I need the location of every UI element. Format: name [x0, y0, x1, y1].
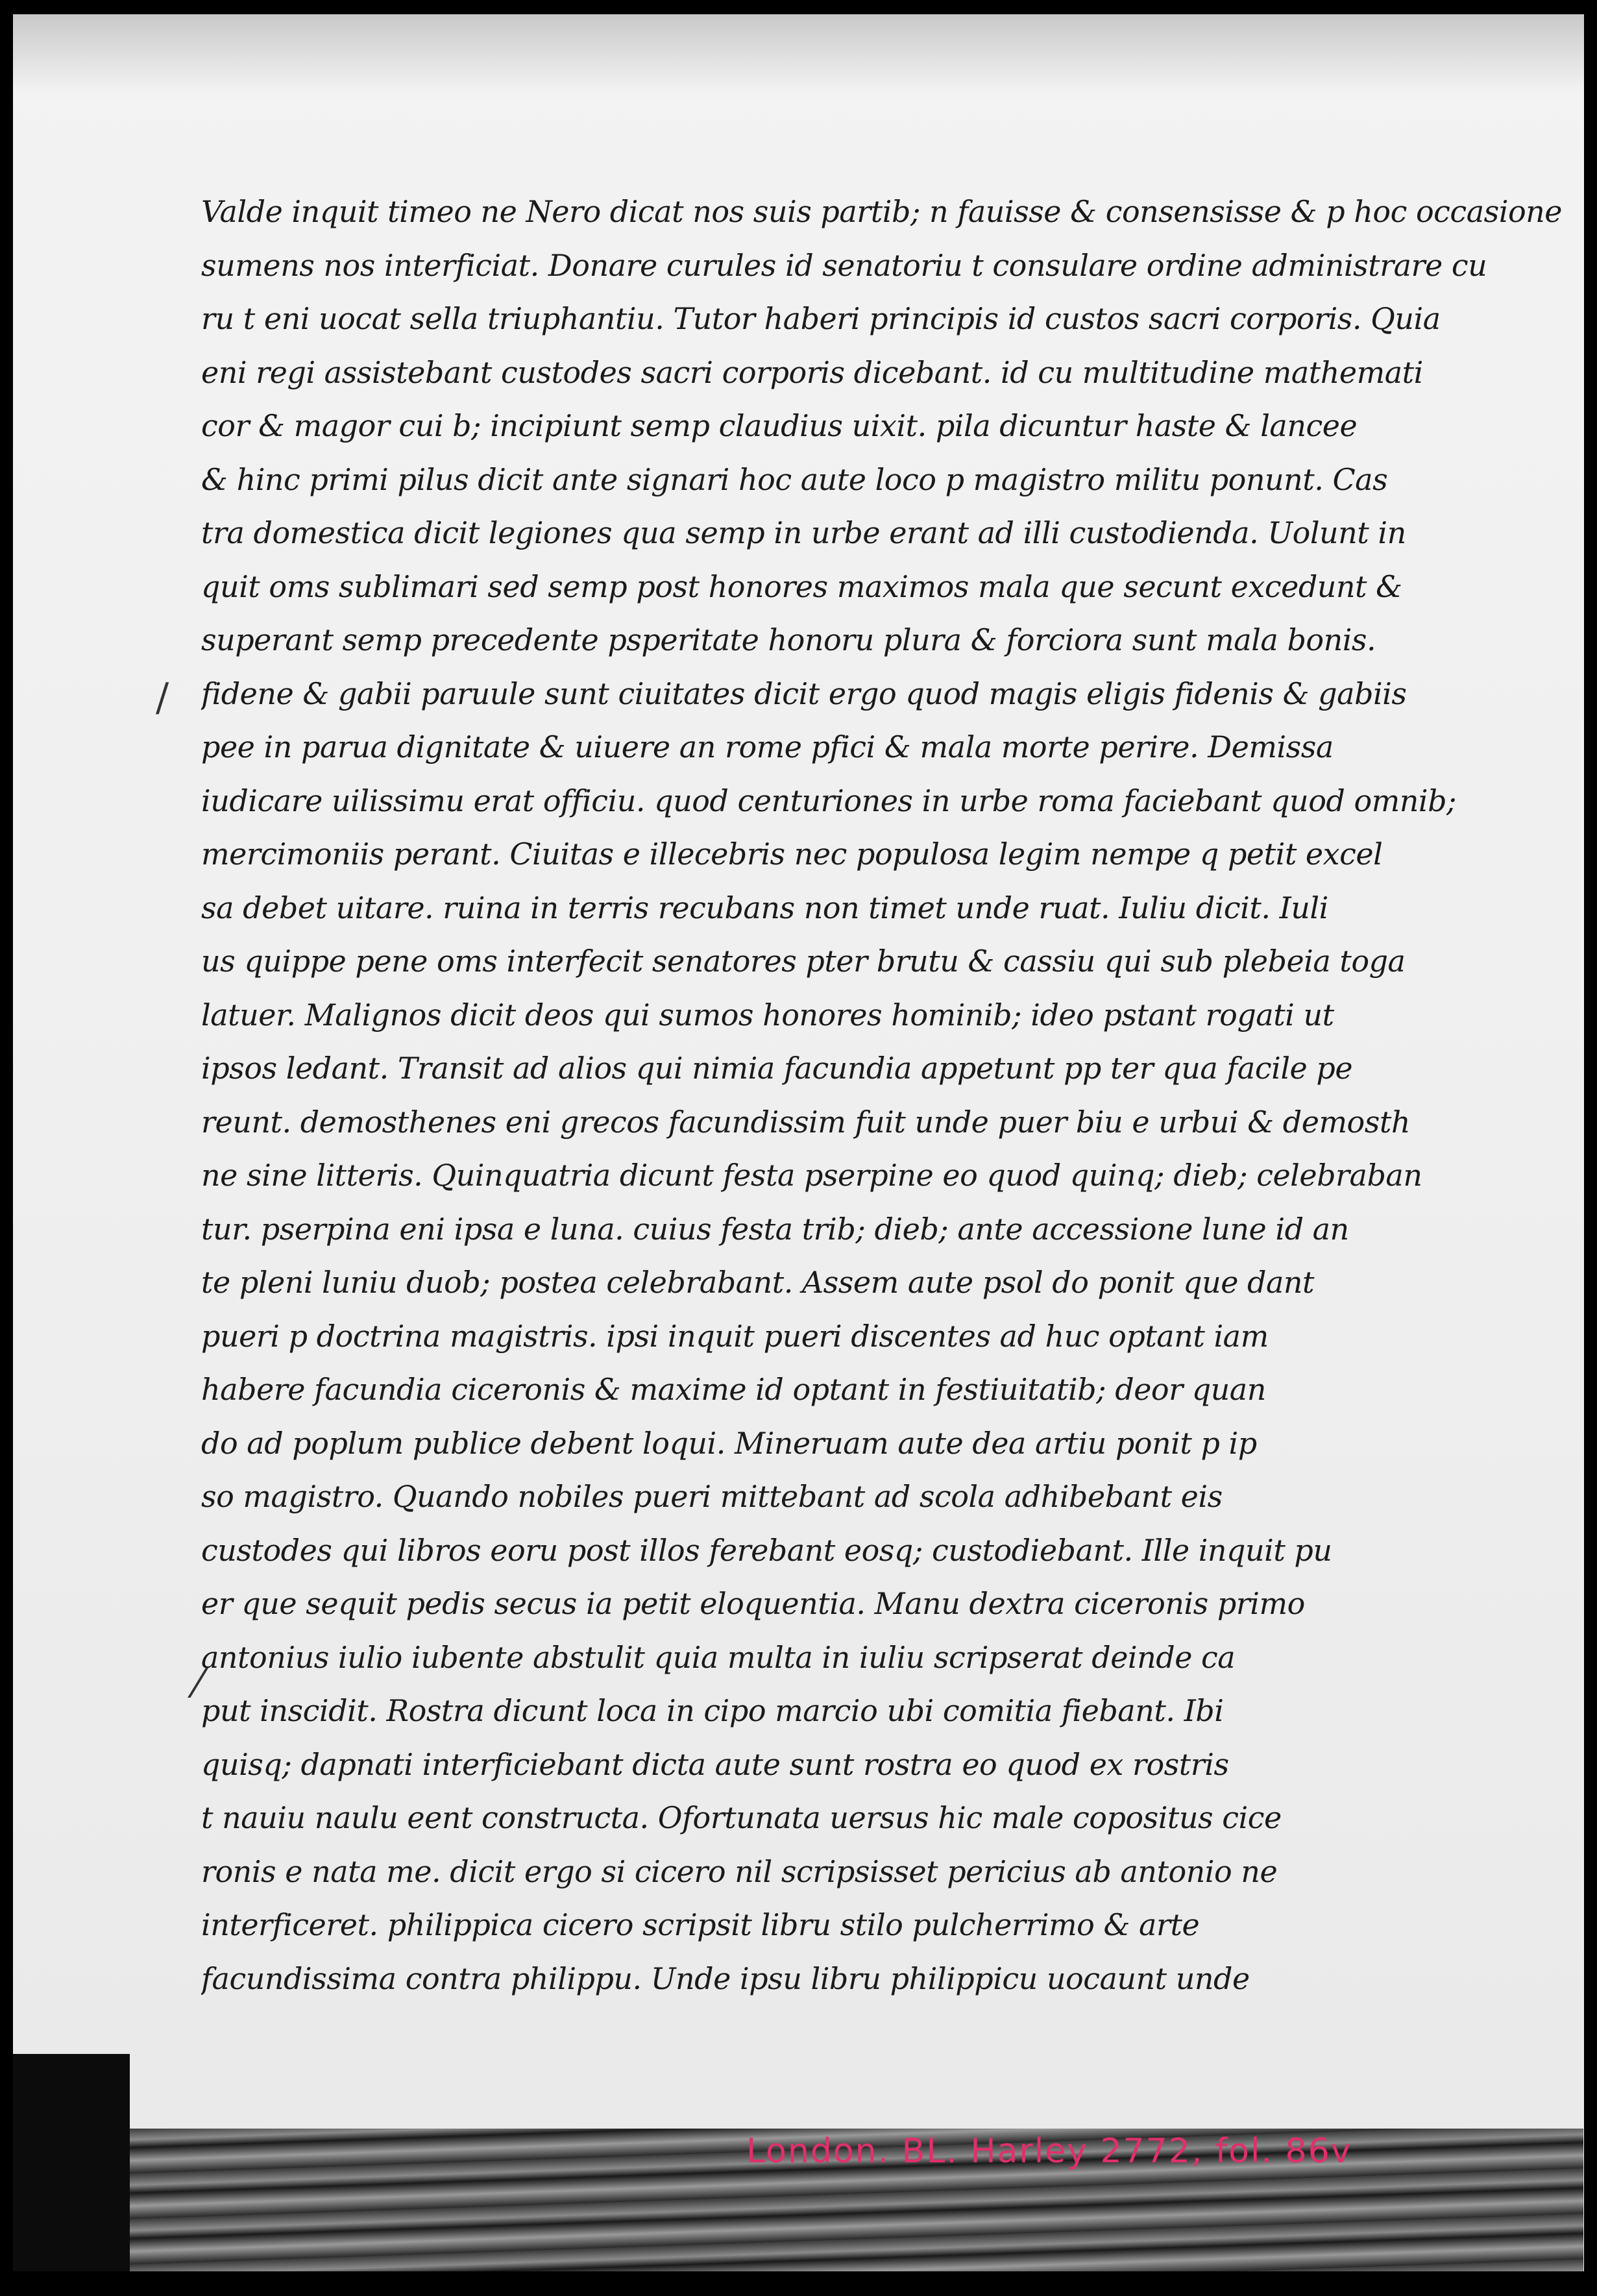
text-line: ronis e nata me. dicit ergo si cicero ni…: [201, 1845, 1570, 1899]
margin-stroke: ⁄: [195, 1661, 201, 1707]
text-line: mercimoniis perant. Ciuitas e illecebris…: [201, 827, 1570, 881]
text-line: tra domestica dicit legiones qua semp in…: [201, 506, 1570, 560]
text-line: habere facundia ciceronis & maxime id op…: [201, 1363, 1570, 1417]
text-line: iudicare uilissimu erat officiu. quod ce…: [201, 774, 1570, 828]
text-line: ipsos ledant. Transit ad alios qui nimia…: [201, 1042, 1570, 1095]
text-line: te pleni luniu duob; postea celebrabant.…: [201, 1256, 1570, 1310]
text-line: put inscidit. Rostra dicunt loca in cipo…: [201, 1684, 1570, 1738]
text-line: sa debet uitare. ruina in terris recuban…: [201, 881, 1570, 935]
text-line: superant semp precedente psperitate hono…: [201, 613, 1570, 667]
text-line: custodes qui libros eoru post illos fere…: [201, 1524, 1570, 1578]
text-line: facundissima contra philippu. Unde ipsu …: [201, 1952, 1570, 2006]
text-line: pee in parua dignitate & uiuere an rome …: [201, 720, 1570, 774]
text-line: quisq; dapnati interficiebant dicta aute…: [201, 1738, 1570, 1792]
text-line: latuer. Malignos dicit deos qui sumos ho…: [201, 988, 1570, 1042]
text-line: so magistro. Quando nobiles pueri mitteb…: [201, 1470, 1570, 1524]
text-line: Valde inquit timeo ne Nero dicat nos sui…: [201, 185, 1570, 239]
text-line: t nauiu naulu eent constructa. Ofortunat…: [201, 1791, 1570, 1845]
text-line: interficeret. philippica cicero scripsit…: [201, 1898, 1570, 1952]
text-line: eni regi assistebant custodes sacri corp…: [201, 346, 1570, 400]
binding-clamp: [13, 2054, 130, 2296]
text-line: ru t eni uocat sella triuphantiu. Tutor …: [201, 292, 1570, 346]
text-line: pueri p doctrina magistris. ipsi inquit …: [201, 1310, 1570, 1363]
text-line: antonius iulio iubente abstulit quia mul…: [201, 1631, 1570, 1685]
page-border-bottom: [0, 2271, 1597, 2296]
shelfmark-annotation: London. BL. Harley 2772, fol. 86v: [746, 2132, 1352, 2171]
text-line: reunt. demosthenes eni grecos facundissi…: [201, 1095, 1570, 1149]
text-line: & hinc primi pilus dicit ante signari ho…: [201, 453, 1570, 507]
text-line: fidene & gabii paruule sunt ciuitates di…: [201, 667, 1570, 721]
margin-stroke: /: [156, 675, 169, 720]
page-top-shadow: [13, 14, 1584, 92]
text-line: us quippe pene oms interfecit senatores …: [201, 934, 1570, 988]
manuscript-text: Valde inquit timeo ne Nero dicat nos sui…: [201, 185, 1570, 2005]
text-line: quit oms sublimari sed semp post honores…: [201, 560, 1570, 614]
text-line: er que sequit pedis secus ia petit eloqu…: [201, 1577, 1570, 1631]
text-line: do ad poplum publice debent loqui. Miner…: [201, 1417, 1570, 1471]
text-line: cor & magor cui b; incipiunt semp claudi…: [201, 399, 1570, 453]
text-line: sumens nos interficiat. Donare curules i…: [201, 239, 1570, 293]
text-line: ne sine litteris. Quinquatria dicunt fes…: [201, 1149, 1570, 1203]
text-line: tur. pserpina eni ipsa e luna. cuius fes…: [201, 1203, 1570, 1256]
